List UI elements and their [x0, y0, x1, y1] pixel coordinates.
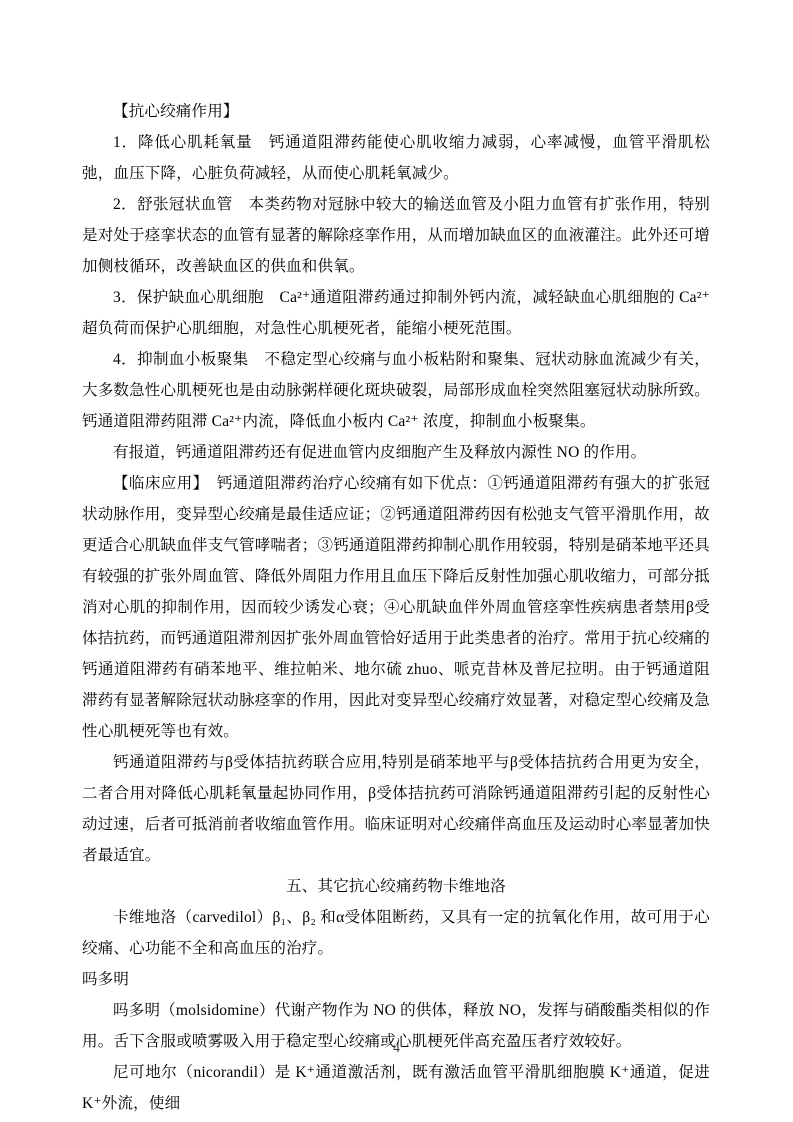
paragraph-item3-protect-ischemic-myocytes: 3．保护缺血心肌细胞 Ca²⁺通道阻滞药通过抑制外钙内流，减轻缺血心肌细胞的 C… [82, 282, 710, 344]
paragraph-item4-inhibit-platelet-aggregation: 4．抑制血小板聚集 不稳定型心绞痛与血小板粘附和聚集、冠状动脉血流减少有关，大多… [82, 344, 710, 437]
paragraph-no-release-note: 有报道，钙通道阻滞药还有促进血管内皮细胞产生及释放内源性 NO 的作用。 [82, 437, 710, 468]
document-page: 【抗心绞痛作用】 1．降低心肌耗氧量 钙通道阻滞药能使心肌收缩力减弱，心率减慢，… [0, 0, 793, 1122]
paragraph-molsidomine-label: 吗多明 [82, 964, 710, 995]
paragraph-combination-with-beta-blockers: 钙通道阻滞药与β受体拮抗药联合应用,特别是硝苯地平与β受体拮抗药合用更为安全，二… [82, 747, 710, 871]
document-body: 【抗心绞痛作用】 1．降低心肌耗氧量 钙通道阻滞药能使心肌收缩力减弱，心率减慢，… [82, 96, 710, 1119]
page-number: 4 [0, 1038, 793, 1058]
paragraph-item1-reduce-oxygen-consumption: 1．降低心肌耗氧量 钙通道阻滞药能使心肌收缩力减弱，心率减慢，血管平滑肌松弛，血… [82, 127, 710, 189]
paragraph-clinical-application: 【临床应用】 钙通道阻滞药治疗心绞痛有如下优点：①钙通道阻滞药有强大的扩张冠状动… [82, 468, 710, 747]
section-heading-other-antianginal-drugs: 五、其它抗心绞痛药物卡维地洛 [82, 871, 710, 902]
section-heading-anti-angina-effects: 【抗心绞痛作用】 [82, 96, 710, 127]
paragraph-item2-dilate-coronary-vessels: 2．舒张冠状血管 本类药物对冠脉中较大的输送血管及小阻力血管有扩张作用，特别是对… [82, 189, 710, 282]
paragraph-nicorandil: 尼可地尔（nicorandil）是 K⁺通道激活剂，既有激活血管平滑肌细胞膜 K… [82, 1057, 710, 1119]
paragraph-carvedilol: 卡维地洛（carvedilol）β₁、β₂ 和α受体阻断药，又具有一定的抗氧化作… [82, 902, 710, 964]
